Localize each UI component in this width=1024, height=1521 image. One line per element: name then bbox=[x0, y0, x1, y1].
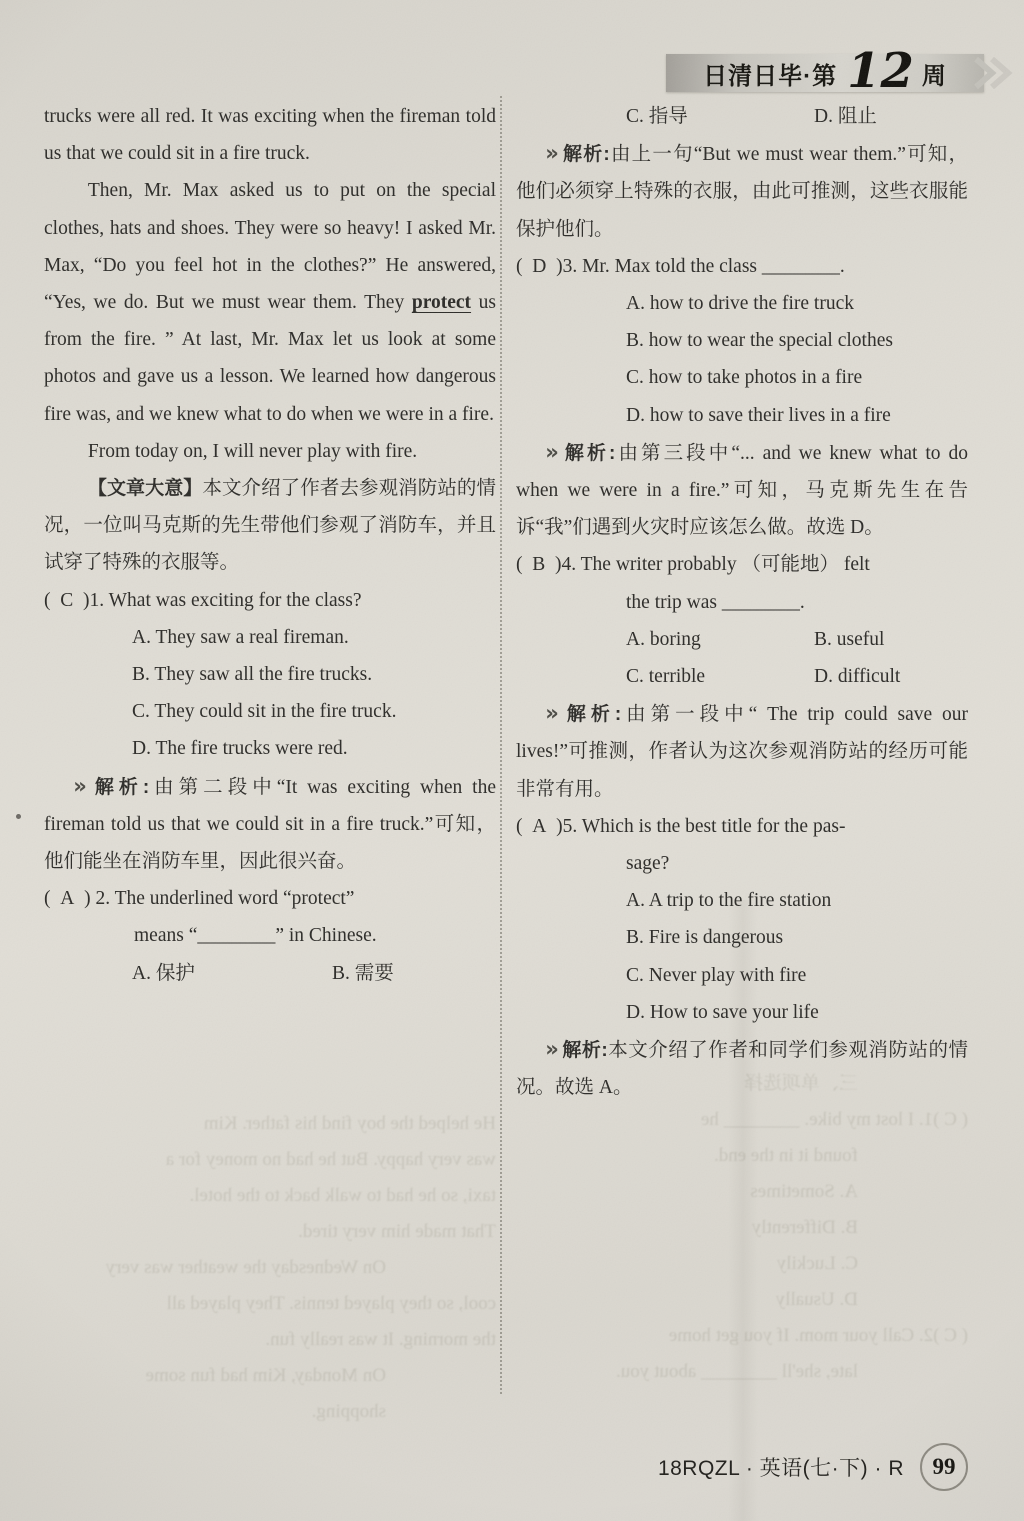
question-5-option-a: A. A trip to the fire station bbox=[626, 882, 968, 919]
question-3-option-c: C. how to take photos in a fire bbox=[626, 359, 968, 396]
ghost-line: cool, so they played tennis. They played… bbox=[34, 1286, 496, 1322]
ghost-line: ( C )2. Call your mom. If you get home bbox=[516, 1318, 968, 1354]
question-4-options-row-cd: C. terrible D. difficult bbox=[626, 658, 968, 695]
analysis-arrow-icon: » bbox=[545, 701, 559, 725]
ghost-line: B. Differently bbox=[516, 1210, 858, 1246]
banner-title-text: 日清日毕·第 bbox=[703, 56, 837, 91]
ghost-line: the morning. It was really fun. bbox=[34, 1322, 496, 1358]
right-column: C. 指导 D. 阻止 »解析:由上一句“But we must wear th… bbox=[516, 98, 968, 1106]
passage-paragraph-3: From today on, I will never play with fi… bbox=[44, 433, 496, 470]
analysis-arrow-icon: » bbox=[73, 774, 87, 798]
analysis-label: 解析: bbox=[562, 443, 616, 464]
question-3-option-a: A. how to drive the fire truck bbox=[626, 285, 968, 322]
ghost-line: ( C )1. I lost my bike. ________ he bbox=[516, 1102, 968, 1138]
question-5-option-b: B. Fire is dangerous bbox=[626, 919, 968, 956]
analysis-arrow-icon: » bbox=[545, 1037, 559, 1061]
left-column: trucks were all red. It was exciting whe… bbox=[44, 98, 496, 992]
question-4-option-a: A. boring bbox=[626, 621, 814, 658]
underlined-word-protect: protect bbox=[412, 292, 471, 313]
ink-speck bbox=[16, 814, 21, 819]
question-5-line-1: ( A )5. Which is the best title for the … bbox=[516, 808, 968, 845]
passage-summary: 【文章大意】本文介绍了作者去参观消防站的情况，一位叫马克斯的先生带他们参观了消防… bbox=[44, 470, 496, 582]
question-1-option-b: B. They saw all the fire trucks. bbox=[132, 656, 496, 693]
question-4-option-d: D. difficult bbox=[814, 658, 900, 695]
ghost-line: shopping. bbox=[34, 1394, 386, 1430]
analysis-question-1: »解析:由第二段中“It was exciting when the firem… bbox=[44, 768, 496, 881]
question-2-option-d: D. 阻止 bbox=[814, 98, 877, 135]
analysis-label: 解析: bbox=[90, 777, 149, 798]
bleed-through-text-right: 三、单项选择 ( C )1. I lost my bike. ________ … bbox=[516, 1066, 968, 1390]
question-4-line-2: the trip was ________. bbox=[626, 584, 968, 621]
chevron-right-icon bbox=[970, 57, 1014, 89]
analysis-label: 解析: bbox=[562, 704, 621, 725]
passage-paragraph-1: trucks were all red. It was exciting whe… bbox=[44, 98, 496, 172]
analysis-label: 解析: bbox=[562, 1040, 608, 1061]
bleed-through-text-left: He helped the boy find his father. Kim w… bbox=[34, 1106, 496, 1430]
question-2-line-1: ( A ) 2. The underlined word “protect” bbox=[44, 880, 496, 917]
question-4-options-row-ab: A. boring B. useful bbox=[626, 621, 968, 658]
question-2-option-b: B. 需要 bbox=[332, 955, 394, 992]
question-1-option-c: C. They could sit in the fire truck. bbox=[132, 693, 496, 730]
ghost-line: found it in the end. bbox=[516, 1138, 858, 1174]
ghost-line: C. Luckily bbox=[516, 1246, 858, 1282]
ghost-line: late, she'll ________ about you. bbox=[516, 1354, 858, 1390]
ghost-line: On Wednesday the weather was very bbox=[34, 1250, 386, 1286]
question-2-option-c: C. 指导 bbox=[626, 98, 814, 135]
question-4-option-b: B. useful bbox=[814, 621, 884, 658]
page-footer: 18RQZL · 英语(七·下) · R 99 bbox=[0, 1440, 1024, 1494]
ghost-line: was very happy. But he had no money for … bbox=[34, 1142, 496, 1178]
column-divider-dotted-line bbox=[500, 96, 502, 1394]
question-4-option-c: C. terrible bbox=[626, 658, 814, 695]
question-5-option-d: D. How to save your life bbox=[626, 994, 968, 1031]
analysis-label: 解析: bbox=[562, 144, 610, 165]
summary-label: 【文章大意】 bbox=[88, 478, 202, 499]
ghost-line: He helped the boy find his father. Kim bbox=[34, 1106, 496, 1142]
analysis-question-5: »解析:本文介绍了作者和同学们参观消防站的情况。故选 A。 bbox=[516, 1031, 968, 1106]
question-1-option-d: D. The fire trucks were red. bbox=[132, 730, 496, 767]
analysis-question-4: »解析:由第一段中“ The trip could save our lives… bbox=[516, 695, 968, 808]
ghost-line: taxi, so he had to walk back to the hote… bbox=[34, 1178, 496, 1214]
question-2-options-row: A. 保护 B. 需要 bbox=[132, 955, 496, 992]
question-3: ( D )3. Mr. Max told the class ________. bbox=[516, 248, 968, 285]
week-number: 12 bbox=[847, 52, 914, 90]
question-2-options-row-cd: C. 指导 D. 阻止 bbox=[626, 98, 968, 135]
question-1-option-a: A. They saw a real fireman. bbox=[132, 619, 496, 656]
question-5-line-2: sage? bbox=[626, 845, 968, 882]
analysis-arrow-icon: » bbox=[545, 141, 559, 165]
question-4-line-1: ( B )4. The writer probably （可能地） felt bbox=[516, 546, 968, 583]
analysis-arrow-icon: » bbox=[545, 440, 559, 464]
banner-suffix-text: 周 bbox=[922, 56, 947, 91]
question-1: ( C )1. What was exciting for the class? bbox=[44, 582, 496, 619]
question-2-option-a: A. 保护 bbox=[132, 955, 332, 992]
page-number-badge: 99 bbox=[920, 1443, 968, 1491]
question-3-option-b: B. how to wear the special clothes bbox=[626, 322, 968, 359]
passage-paragraph-2: Then, Mr. Max asked us to put on the spe… bbox=[44, 172, 496, 432]
ghost-line: That made him very tired. bbox=[34, 1214, 496, 1250]
analysis-question-3: »解析:由第三段中“... and we knew what to do whe… bbox=[516, 434, 968, 547]
analysis-question-2: »解析:由上一句“But we must wear them.”可知，他们必须穿… bbox=[516, 135, 968, 248]
workbook-page: He helped the boy find his father. Kim w… bbox=[0, 0, 1024, 1521]
question-3-option-d: D. how to save their lives in a fire bbox=[626, 397, 968, 434]
ghost-line: On Monday, Kim had fun some bbox=[34, 1358, 386, 1394]
question-5-option-c: C. Never play with fire bbox=[626, 957, 968, 994]
question-2-line-2: means “________” in Chinese. bbox=[134, 917, 496, 954]
footer-imprint: 18RQZL · 英语(七·下) · R bbox=[658, 1452, 904, 1482]
ghost-line: D. Usually bbox=[516, 1282, 858, 1318]
week-header-banner: 日清日毕·第 12 周 bbox=[666, 54, 984, 92]
ghost-line: A. Sometimes bbox=[516, 1174, 858, 1210]
